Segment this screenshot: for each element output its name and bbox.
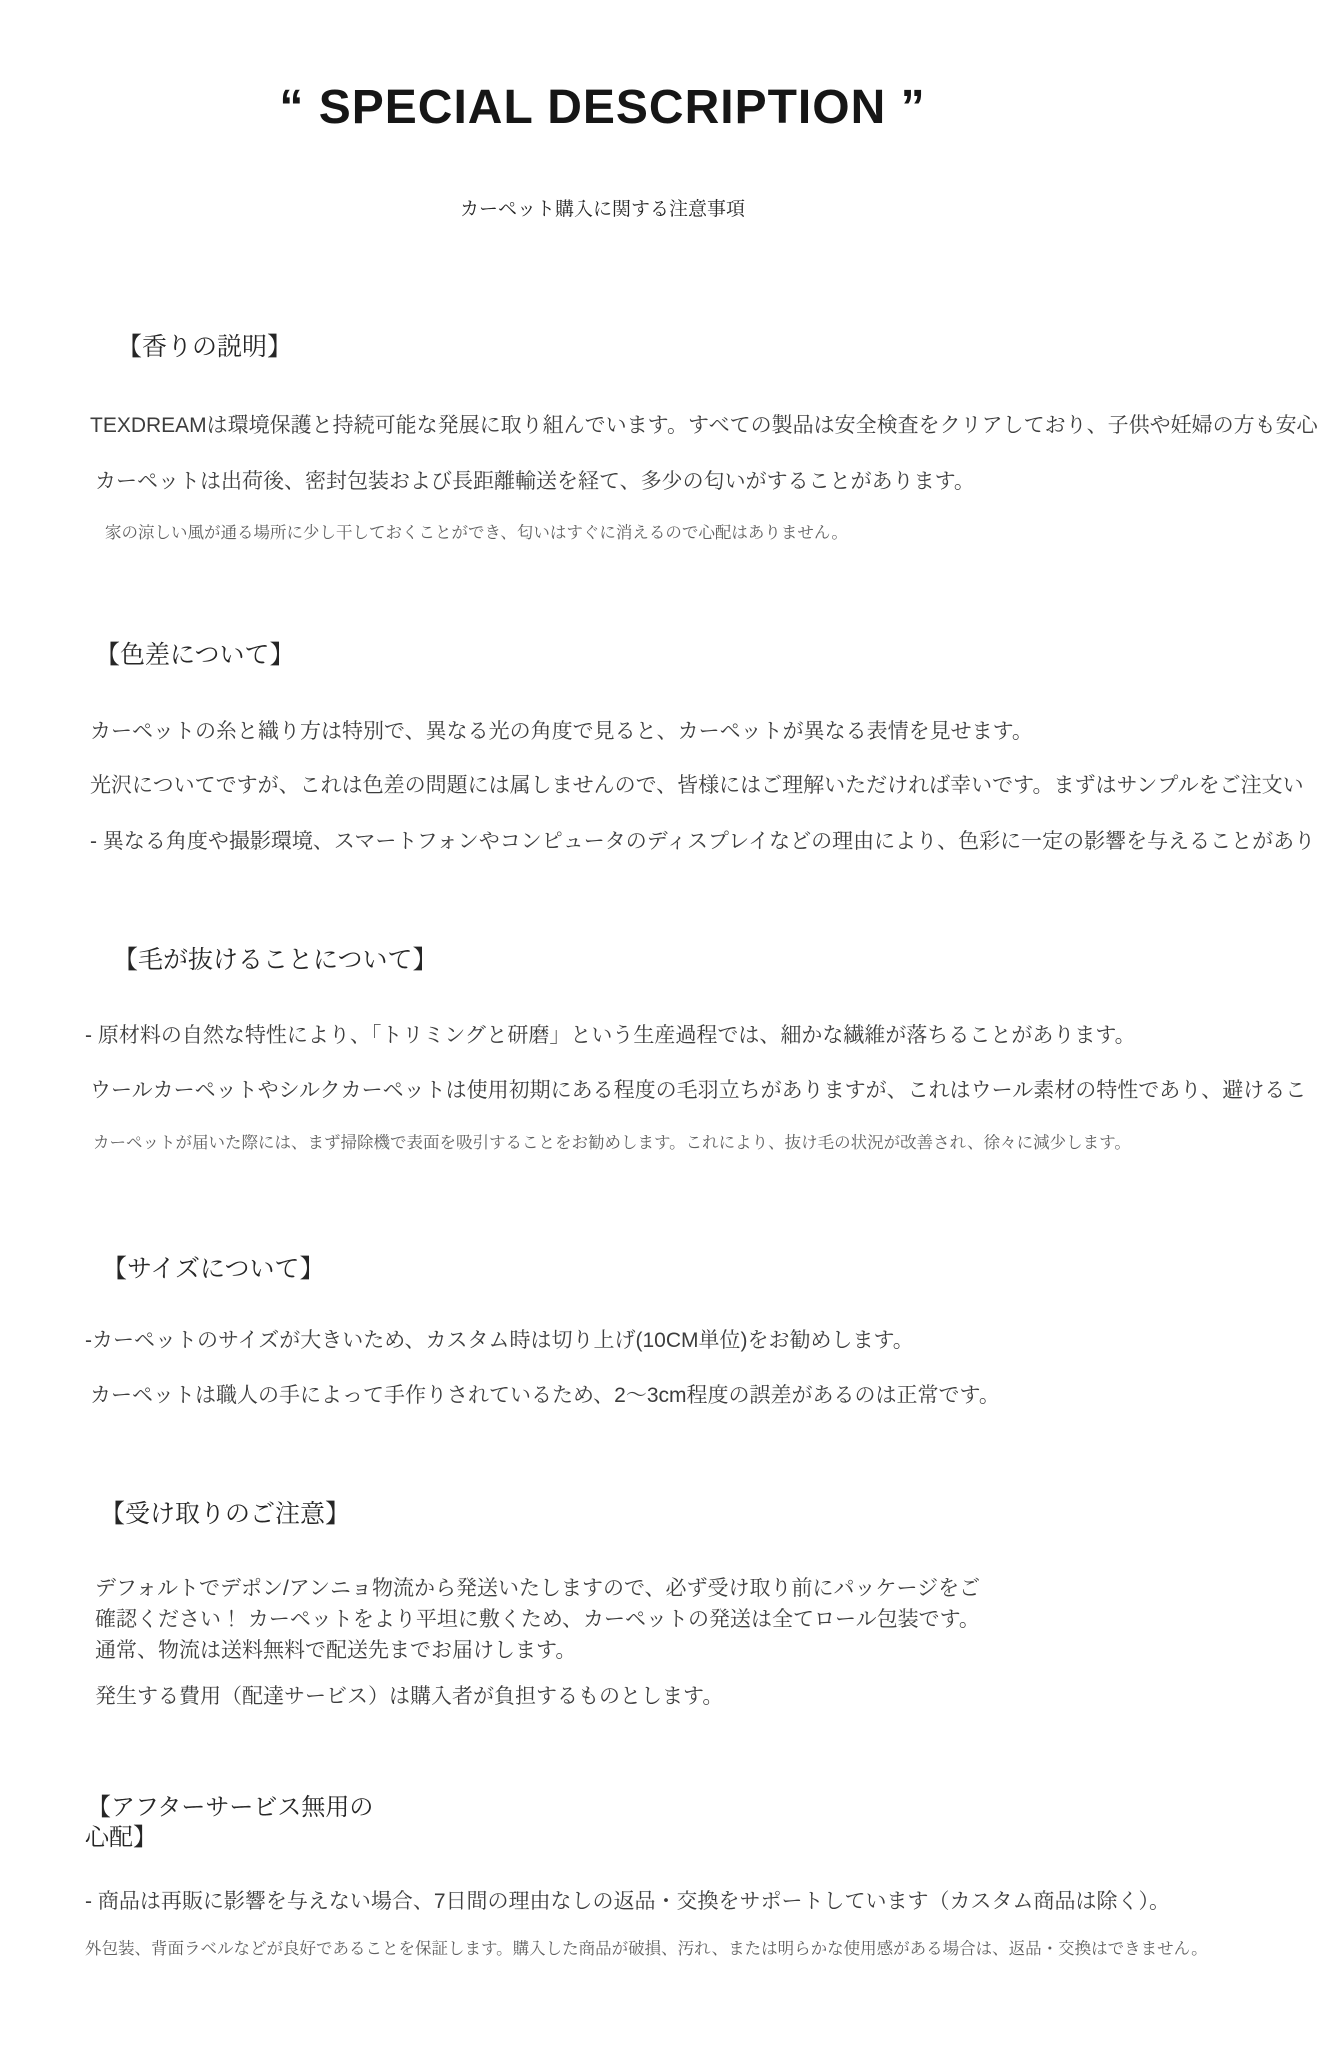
paragraph-line: カーペットの糸と織り方は特別で、異なる光の角度で見ると、カーペットが異なる表情を… (90, 718, 1325, 746)
paragraph-line: TEXDREAMは環境保護と持続可能な発展に取り組んでいます。すべての製品は安全… (90, 412, 1325, 440)
page-header: “ SPECIAL DESCRIPTION ” カーペット購入に関する注意事項 (0, 0, 1120, 223)
section-size: 【サイズについて】 -カーペットのサイズが大きいため、カスタム時は切り上げ(10… (85, 1252, 1325, 1410)
paragraph-line: 発生する費用（配達サービス）は購入者が負担するものとします。 (95, 1683, 1325, 1711)
paragraph-line: - 異なる角度や撮影環境、スマートフォンやコンピュータのディスプレイなどの理由に… (90, 828, 1325, 856)
section-heading-line2: 心配】 (85, 1823, 1325, 1853)
section-heading: 【毛が抜けることについて】 (113, 943, 1325, 977)
section-shedding: 【毛が抜けることについて】 - 原材料の自然な特性により、「トリミングと研磨」と… (85, 943, 1325, 1154)
section-scent: 【香りの説明】 TEXDREAMは環境保護と持続可能な発展に取り組んでいます。す… (85, 330, 1325, 544)
paragraph-block: デフォルトでデポン/アンニョ物流から発送いたしますので、必ず受け取り前にパッケー… (95, 1573, 1325, 1666)
paragraph-line: 確認ください！ カーペットをより平坦に敷くため、カーペットの発送は全てロール包装… (95, 1604, 1325, 1635)
paragraph-line: - 原材料の自然な特性により、「トリミングと研磨」という生産過程では、細かな繊維… (85, 1022, 1325, 1050)
paragraph-line: 光沢についてですが、これは色差の問題には属しませんので、皆様にはご理解いただけれ… (90, 772, 1325, 800)
special-description-page: “ SPECIAL DESCRIPTION ” カーペット購入に関する注意事項 … (0, 0, 1325, 2048)
paragraph-line: ウールカーペットやシルクカーペットは使用初期にある程度の毛羽立ちがありますが、こ… (90, 1077, 1325, 1105)
section-after-service: 【アフターサービス無用の 心配】 - 商品は再販に影響を与えない場合、7日間の理… (85, 1793, 1325, 1960)
paragraph-line: カーペットは職人の手によって手作りされているため、2～3cm程度の誤差があるのは… (90, 1382, 1325, 1410)
section-heading: 【色差について】 (95, 638, 1325, 672)
section-color-difference: 【色差について】 カーペットの糸と織り方は特別で、異なる光の角度で見ると、カーペ… (85, 638, 1325, 856)
paragraph-line: デフォルトでデポン/アンニョ物流から発送いたしますので、必ず受け取り前にパッケー… (95, 1573, 1325, 1604)
note-line: 外包装、背面ラベルなどが良好であることを保証します。購入した商品が破損、汚れ、ま… (85, 1938, 1325, 1960)
section-heading: 【サイズについて】 (102, 1252, 1325, 1286)
paragraph-line: 通常、物流は送料無料で配送先までお届けします。 (95, 1635, 1325, 1666)
section-heading: 【アフターサービス無用の (87, 1793, 1325, 1823)
page-title: “ SPECIAL DESCRIPTION ” (85, 0, 1120, 135)
section-heading: 【香りの説明】 (117, 330, 1325, 364)
paragraph-line: カーペットは出荷後、密封包装および長距離輸送を経て、多少の匂いがすることがありま… (95, 468, 1325, 496)
section-heading: 【受け取りのご注意】 (100, 1497, 1325, 1531)
note-line: 家の涼しい風が通る場所に少し干しておくことができ、匂いはすぐに消えるので心配はあ… (105, 522, 1325, 544)
paragraph-line: -カーペットのサイズが大きいため、カスタム時は切り上げ(10CM単位)をお勧めし… (85, 1327, 1325, 1355)
section-receiving: 【受け取りのご注意】 デフォルトでデポン/アンニョ物流から発送いたしますので、必… (85, 1497, 1325, 1711)
note-line: カーペットが届いた際には、まず掃除機で表面を吸引することをお勧めします。これによ… (93, 1132, 1325, 1154)
page-subtitle: カーペット購入に関する注意事項 (85, 197, 1120, 223)
paragraph-line: - 商品は再販に影響を与えない場合、7日間の理由なしの返品・交換をサポートしてい… (85, 1888, 1325, 1916)
